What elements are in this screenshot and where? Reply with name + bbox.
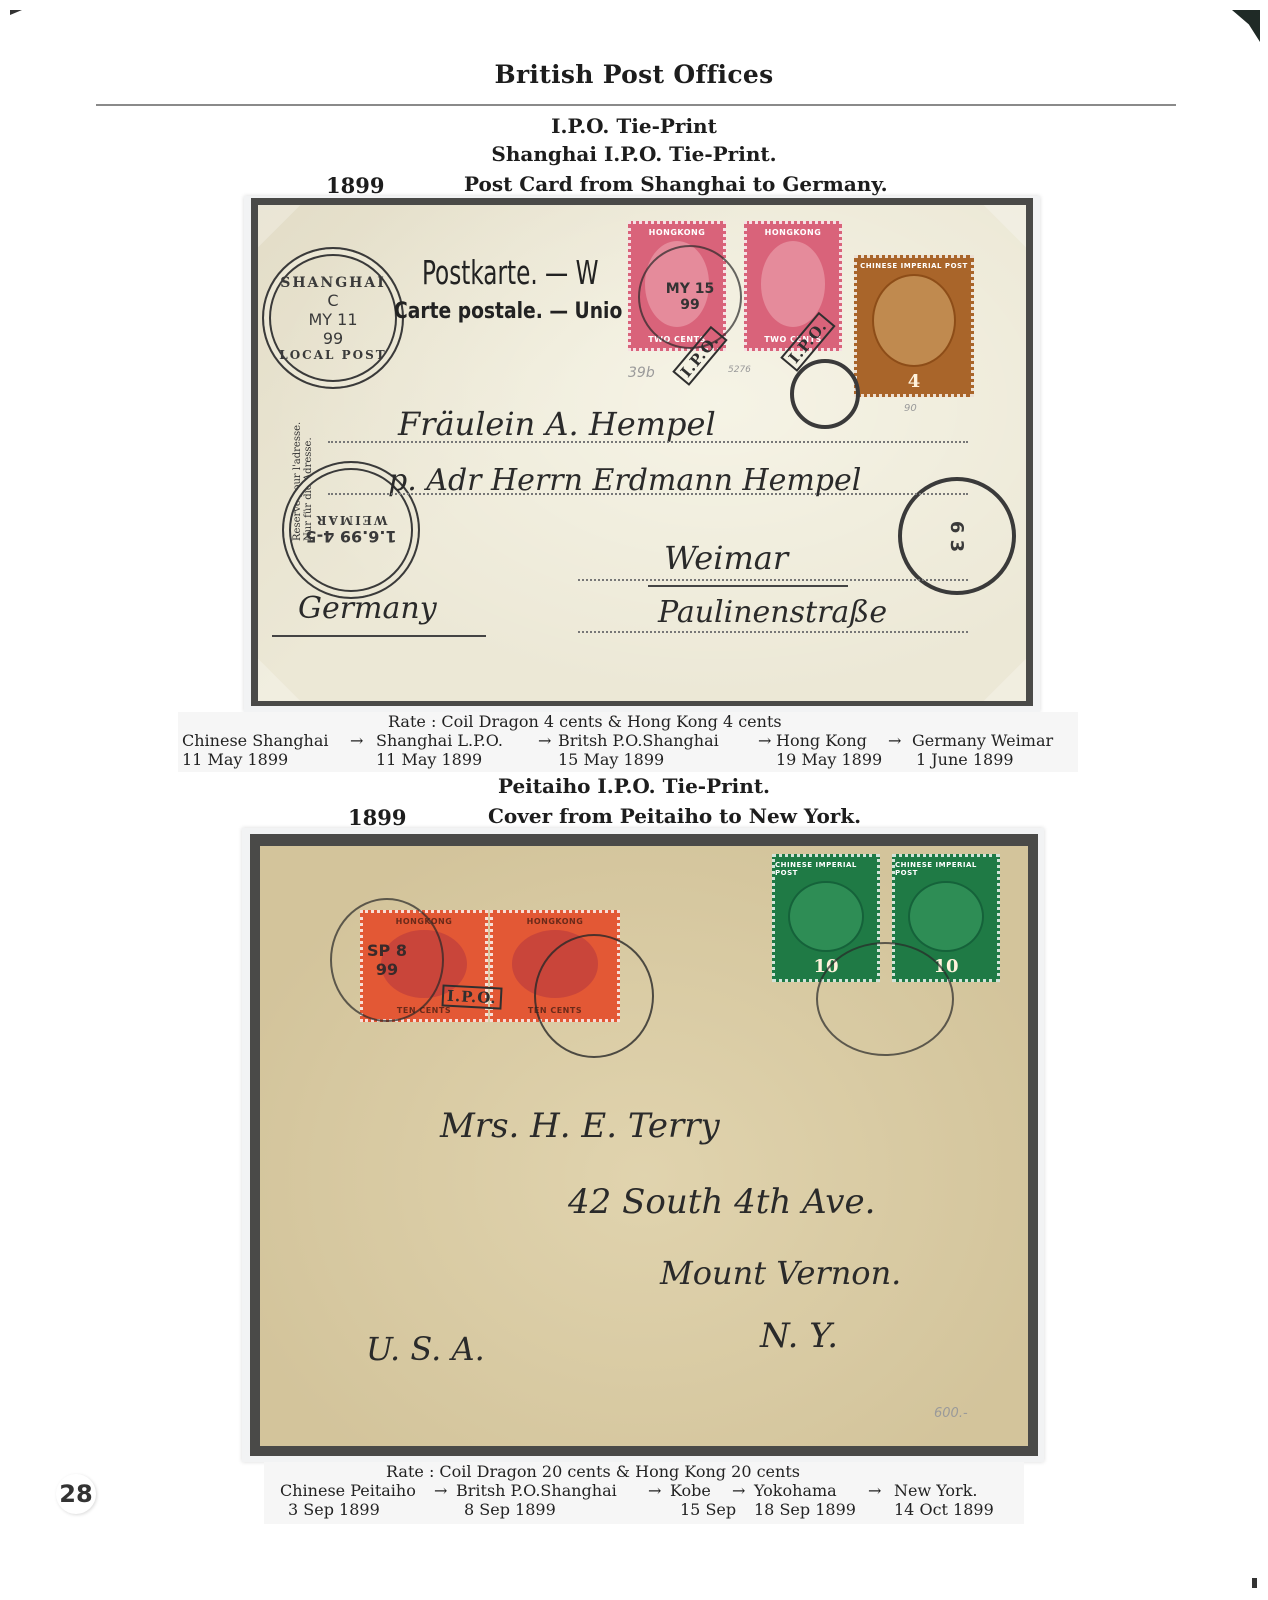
section1-heading: I.P.O. Tie-Print xyxy=(0,114,1268,138)
address-line: Fräulein A. Hempel xyxy=(398,405,716,443)
postcard-caption: Rate : Coil Dragon 4 cents & Hong Kong 4… xyxy=(178,712,1078,772)
route-date: 19 May 1899 xyxy=(776,750,882,769)
route-date: 3 Sep 1899 xyxy=(288,1500,380,1519)
address-line: Mount Vernon. xyxy=(660,1254,901,1292)
pencil-note: 5276 xyxy=(728,365,751,375)
route-date: 8 Sep 1899 xyxy=(464,1500,556,1519)
rate-text: Rate : Coil Dragon 20 cents & Hong Kong … xyxy=(386,1462,800,1481)
section1-title: Post Card from Shanghai to Germany. xyxy=(464,172,888,196)
section1-year: 1899 xyxy=(326,173,384,198)
chinese-cancel xyxy=(816,942,954,1056)
route-arrow: → xyxy=(350,731,363,750)
route-date: 18 Sep 1899 xyxy=(754,1500,856,1519)
corner-mark-top-right xyxy=(1232,10,1260,42)
address-line: Paulinenstraße xyxy=(658,595,887,630)
partial-cancel xyxy=(790,359,860,429)
route-arrow: → xyxy=(732,1481,745,1500)
route-stop: Chinese Shanghai xyxy=(182,731,329,750)
sp8-cancel: SP 8 99 xyxy=(330,898,444,1022)
route-arrow: → xyxy=(648,1481,661,1500)
shanghai-local-post-cancel: SHANGHAI C MY 11 99 LOCAL POST xyxy=(262,247,404,389)
address-line: Weimar xyxy=(664,539,788,577)
route-stop: Chinese Peitaiho xyxy=(280,1481,416,1500)
postcard[interactable]: SHANGHAI C MY 11 99 LOCAL POST Postkarte… xyxy=(258,205,1026,701)
address-country: Germany xyxy=(298,591,437,626)
rate-text: Rate : Coil Dragon 4 cents & Hong Kong 4… xyxy=(388,712,782,731)
route-arrow: → xyxy=(868,1481,881,1500)
address-line: N. Y. xyxy=(760,1316,838,1356)
address-line: 42 South 4th Ave. xyxy=(568,1182,875,1222)
route-stop: Germany Weimar xyxy=(912,731,1053,750)
address-country: U. S. A. xyxy=(366,1330,485,1368)
route-date: 14 Oct 1899 xyxy=(894,1500,994,1519)
route-stop: New York. xyxy=(894,1481,977,1500)
route-arrow: → xyxy=(538,731,551,750)
route-stop: Britsh P.O.Shanghai xyxy=(558,731,719,750)
route-stop: Kobe xyxy=(670,1481,711,1500)
page-title: British Post Offices xyxy=(0,60,1268,89)
section1-subheading: Shanghai I.P.O. Tie-Print. xyxy=(0,142,1268,166)
route-arrow: → xyxy=(434,1481,447,1500)
pencil-note: 39b xyxy=(628,365,655,381)
route-stop: Britsh P.O.Shanghai xyxy=(456,1481,617,1500)
route-stop: Hong Kong xyxy=(776,731,867,750)
carte-postale-title: Carte postale. — Unio xyxy=(394,299,622,324)
page-number: 28 xyxy=(56,1474,96,1514)
shanghai-transit-cancel: MY 15 99 xyxy=(638,245,742,349)
route-date: 11 May 1899 xyxy=(376,750,482,769)
route-stop: Shanghai L.P.O. xyxy=(376,731,503,750)
corner-mark-bottom-right xyxy=(1252,1578,1257,1588)
route-date: 15 May 1899 xyxy=(558,750,664,769)
route-date: 15 Sep xyxy=(680,1500,736,1519)
section2-title: Cover from Peitaiho to New York. xyxy=(488,804,861,828)
route-date: 1 June 1899 xyxy=(916,750,1014,769)
route-stop: Yokohama xyxy=(754,1481,837,1500)
peitaiho-cancel xyxy=(534,934,654,1058)
cover[interactable]: HONGKONG TEN CENTS HONGKONG TEN CENTS SP… xyxy=(260,846,1028,1446)
coil-dragon-4c-stamp: CHINESE IMPERIAL POST 4 xyxy=(854,255,974,397)
pencil-note: 600.- xyxy=(934,1406,968,1421)
address-line: Mrs. H. E. Terry xyxy=(440,1106,720,1146)
section2-year: 1899 xyxy=(348,805,406,830)
section2-heading: Peitaiho I.P.O. Tie-Print. xyxy=(0,774,1268,798)
postkarte-title: Postkarte. — W xyxy=(422,253,598,292)
route-arrow: → xyxy=(758,731,771,750)
pencil-note: 90 xyxy=(904,403,917,414)
route-arrow: → xyxy=(888,731,901,750)
cover-caption: Rate : Coil Dragon 20 cents & Hong Kong … xyxy=(264,1462,1024,1524)
header-divider xyxy=(96,104,1176,106)
ipo-tie-print-mark: I.P.O. xyxy=(441,984,502,1009)
corner-mark-top-left xyxy=(10,10,22,15)
route-date: 11 May 1899 xyxy=(182,750,288,769)
